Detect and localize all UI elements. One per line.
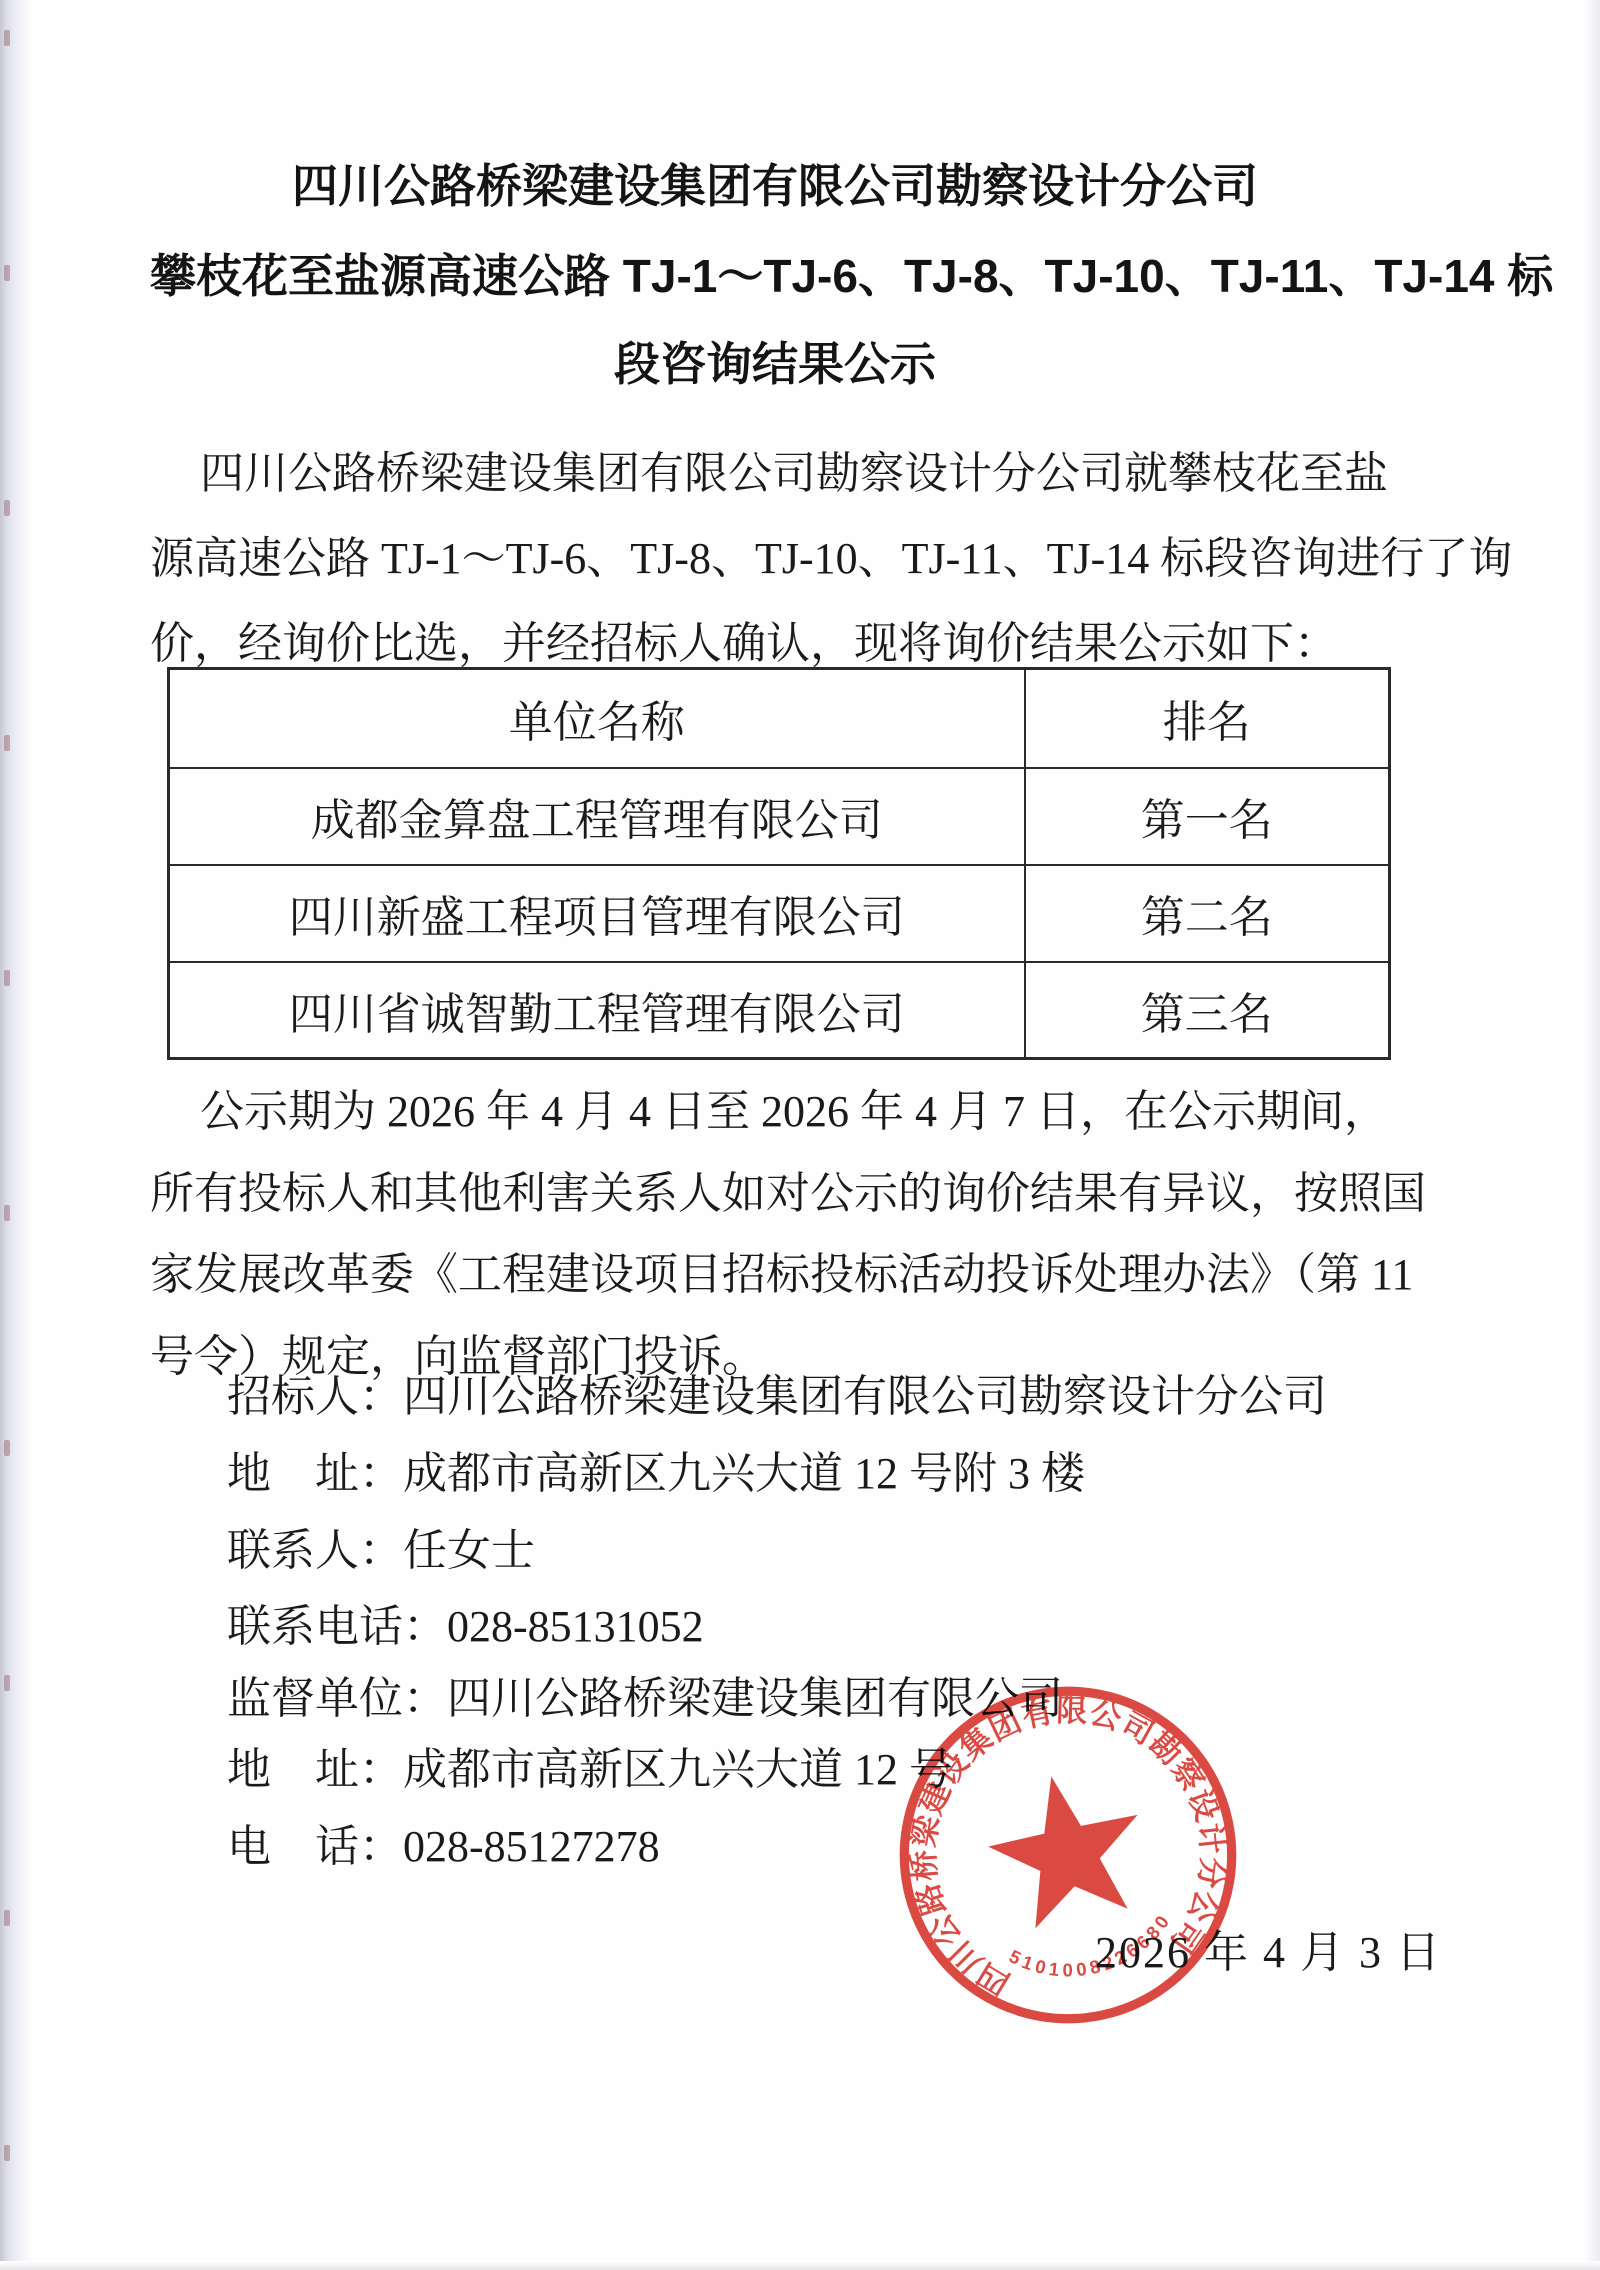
official-stamp: 四川公路桥梁建设集团有限公司勘察设计分公司 5101008226680	[860, 1647, 1275, 2062]
svg-text:5101008226680: 5101008226680	[1001, 1905, 1184, 1995]
contact-line-address-1: 地 址：成都市高新区九兴大道 12 号附 3 楼	[227, 1437, 1085, 1501]
table-header-rank: 排名	[1025, 669, 1390, 768]
contact-line-person: 联系人：任女士	[227, 1514, 535, 1578]
scan-artifact	[4, 1205, 10, 1221]
intro-line-3: 价，经询价比选，并经招标人确认，现将询价结果公示如下：	[150, 607, 1415, 671]
table-row: 四川省诚智勤工程管理有限公司 第三名	[169, 962, 1390, 1059]
contact-line-bidder: 招标人：四川公路桥梁建设集团有限公司勘察设计分公司	[227, 1360, 1327, 1424]
scan-artifact	[4, 1910, 10, 1926]
scan-artifact	[4, 1440, 10, 1456]
scan-edge-left	[0, 0, 34, 2270]
contact-line-phone-2: 电 话：028-85127278	[227, 1810, 660, 1874]
table-row: 四川新盛工程项目管理有限公司 第二名	[169, 865, 1390, 962]
cell-company-name: 成都金算盘工程管理有限公司	[169, 768, 1025, 865]
notice-line-1: 公示期为 2026 年 4 月 4 日至 2026 年 4 月 7 日，在公示期…	[150, 1075, 1415, 1139]
notice-line-2: 所有投标人和其他利害关系人如对公示的询价结果有异议，按照国	[150, 1157, 1415, 1221]
scan-edge-right	[1584, 0, 1600, 2270]
cell-rank: 第三名	[1025, 962, 1390, 1059]
cell-rank: 第二名	[1025, 865, 1390, 962]
scan-artifact	[4, 2145, 10, 2161]
scanned-notice-page: 四川公路桥梁建设集团有限公司勘察设计分公司 攀枝花至盐源高速公路 TJ-1～TJ…	[0, 0, 1600, 2270]
notice-line-3: 家发展改革委《工程建设项目招标投标活动投诉处理办法》（第 11	[150, 1238, 1415, 1302]
intro-line-2: 源高速公路 TJ-1～TJ-6、TJ-8、TJ-10、TJ-11、TJ-14 标…	[150, 522, 1415, 586]
cell-rank: 第一名	[1025, 768, 1390, 865]
doc-title-line-2: 攀枝花至盐源高速公路 TJ-1～TJ-6、TJ-8、TJ-10、TJ-11、TJ…	[150, 240, 1400, 306]
contact-line-phone-1: 联系电话：028-85131052	[227, 1590, 704, 1654]
cell-company-name: 四川省诚智勤工程管理有限公司	[169, 962, 1025, 1059]
table-header-row: 单位名称 排名	[169, 669, 1390, 768]
cell-company-name: 四川新盛工程项目管理有限公司	[169, 865, 1025, 962]
stamp-serial: 5101008226680	[1001, 1905, 1184, 1995]
scan-artifact	[4, 265, 10, 281]
scan-artifact	[4, 970, 10, 986]
doc-title-line-1: 四川公路桥梁建设集团有限公司勘察设计分公司	[150, 150, 1400, 216]
intro-line-1: 四川公路桥梁建设集团有限公司勘察设计分公司就攀枝花至盐	[150, 437, 1415, 501]
contact-line-address-2: 地 址：成都市高新区九兴大道 12 号	[227, 1733, 953, 1797]
stamp-star-icon	[977, 1761, 1157, 1935]
results-table: 单位名称 排名 成都金算盘工程管理有限公司 第一名 四川新盛工程项目管理有限公司…	[167, 667, 1391, 1060]
scan-artifact	[4, 735, 10, 751]
scan-edge-bottom	[0, 2261, 1600, 2270]
scan-artifact	[4, 500, 10, 516]
stamp-graphic: 四川公路桥梁建设集团有限公司勘察设计分公司 5101008226680	[860, 1647, 1275, 2062]
scan-artifact	[4, 1675, 10, 1691]
table-row: 成都金算盘工程管理有限公司 第一名	[169, 768, 1390, 865]
table-header-name: 单位名称	[169, 669, 1025, 768]
scan-artifact	[4, 30, 10, 46]
doc-title-line-3: 段咨询结果公示	[150, 328, 1400, 394]
